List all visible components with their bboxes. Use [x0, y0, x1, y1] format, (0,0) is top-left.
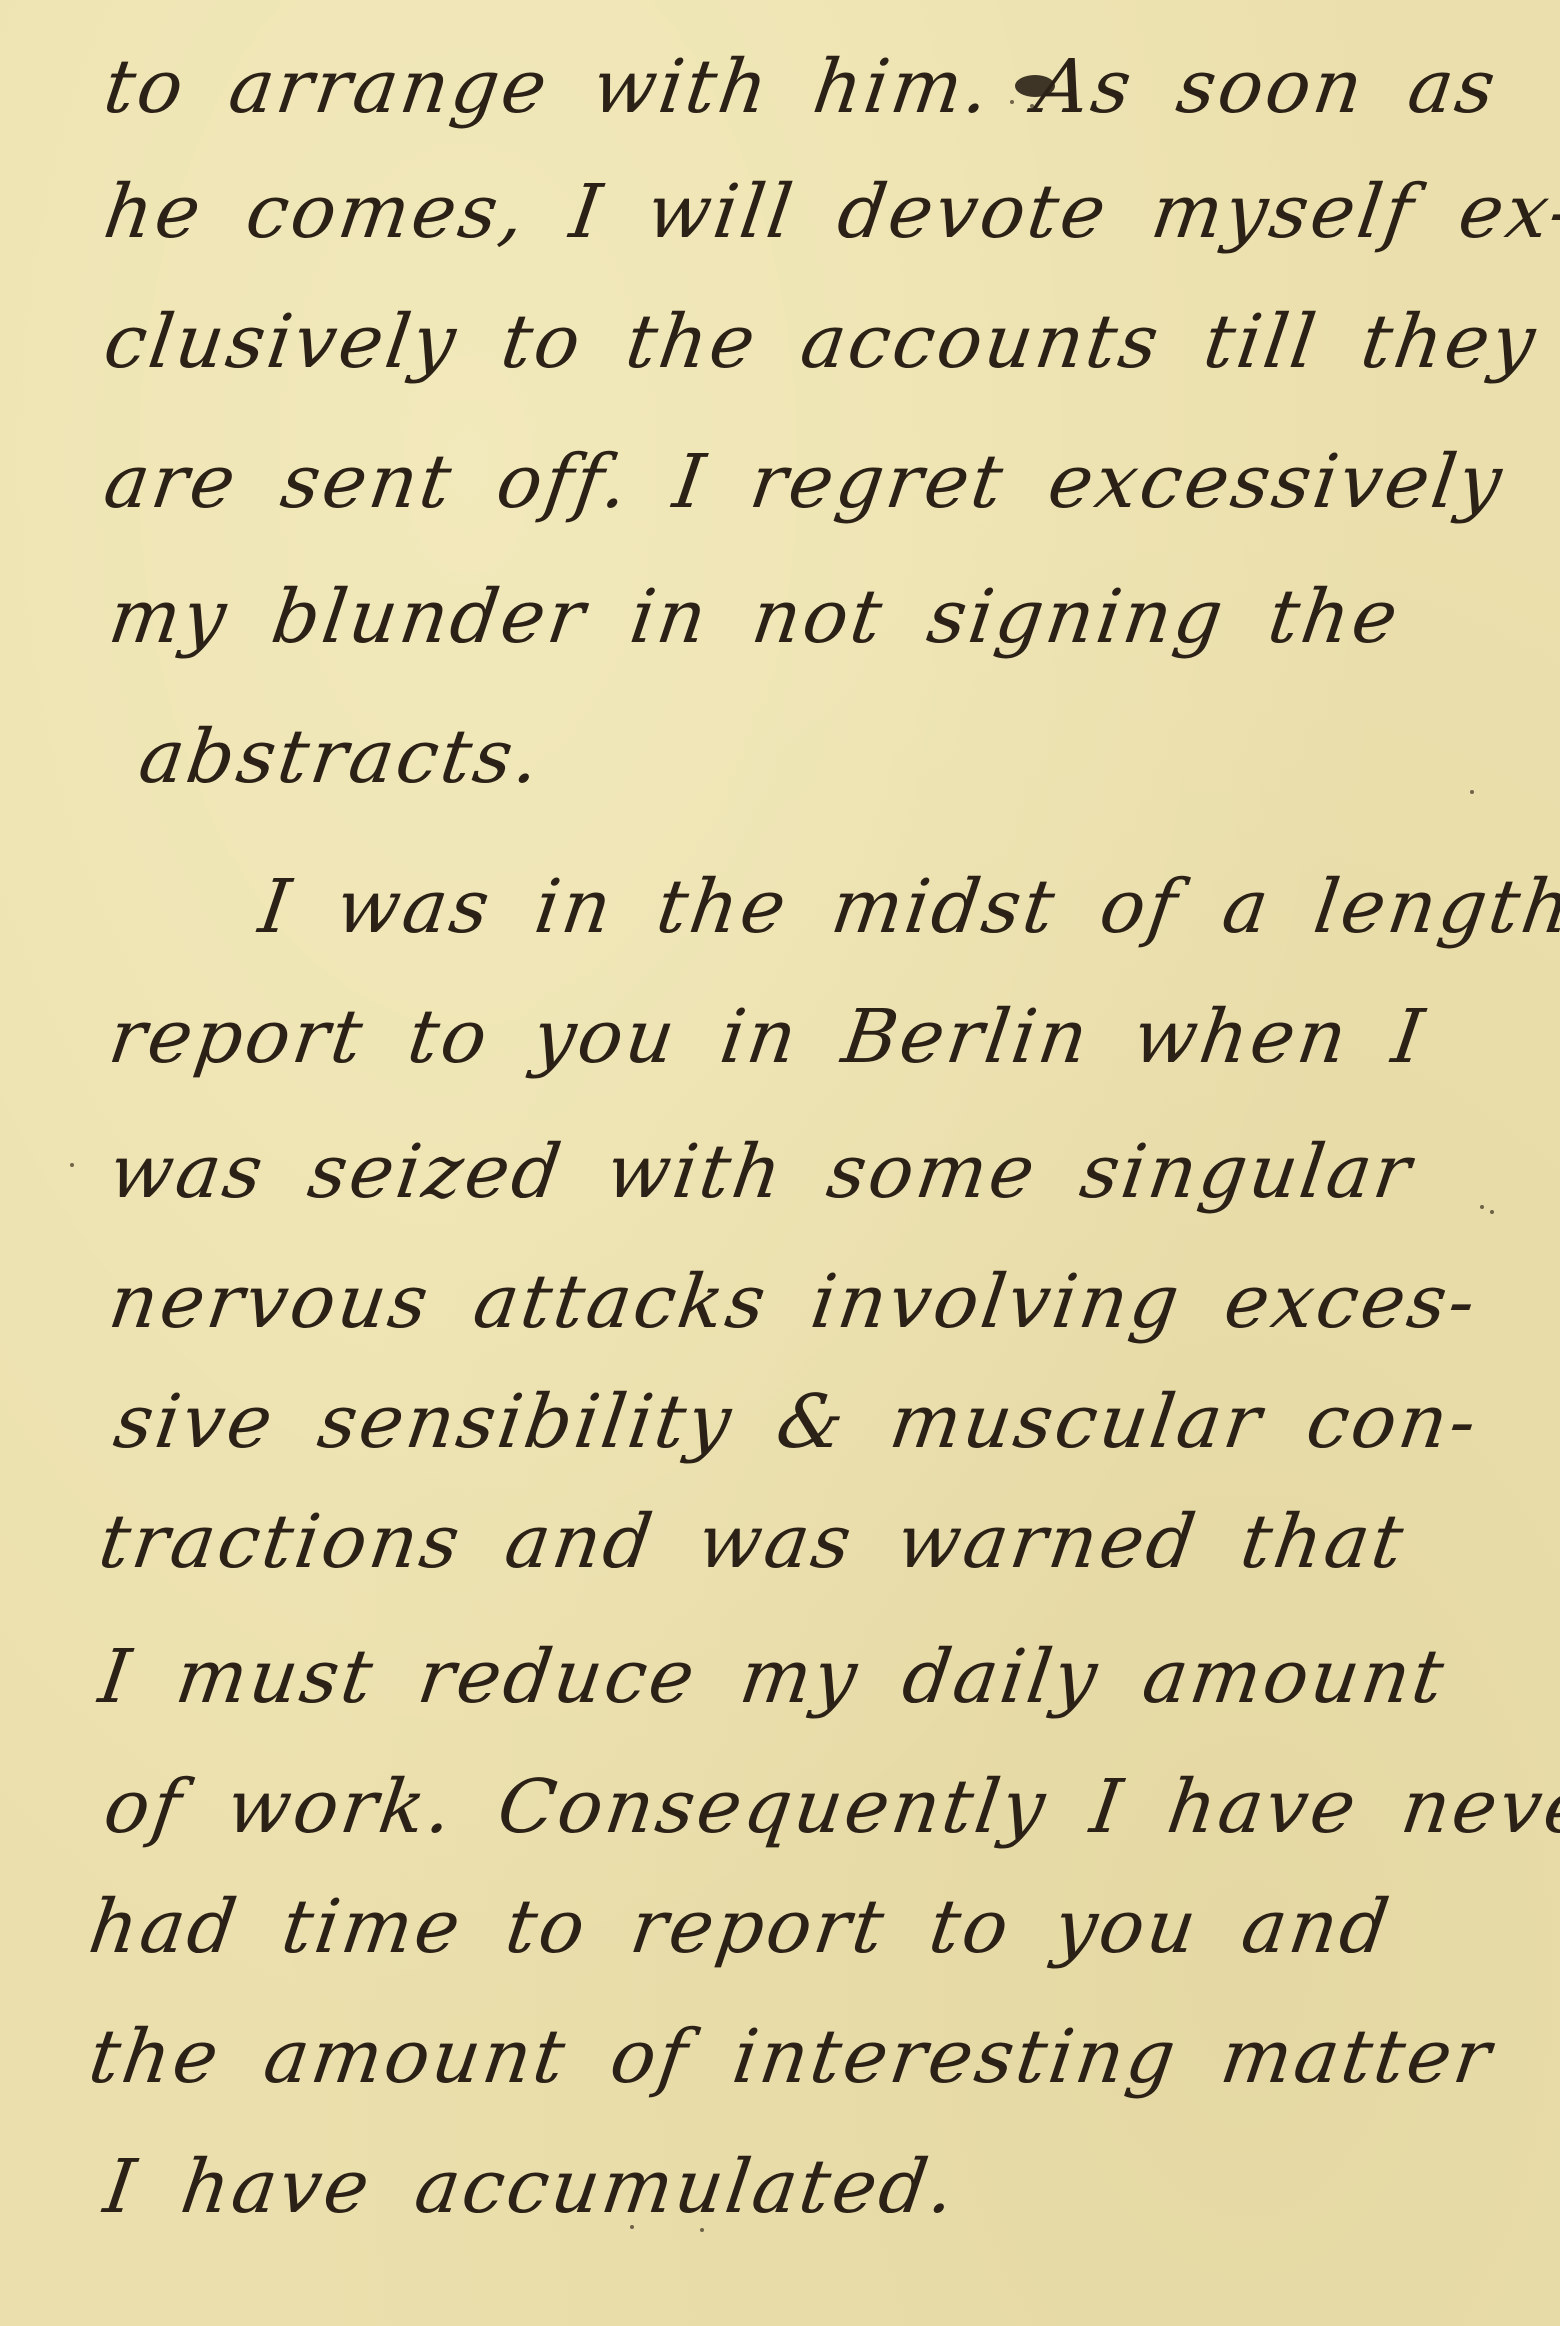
letter-line-1: to arrange with him. As soon as: [100, 50, 1502, 124]
letter-line-12: tractions and was warned that: [95, 1505, 1410, 1579]
ink-speck: [1010, 100, 1014, 104]
letter-line-2: he comes, I will devote myself ex-: [100, 175, 1560, 249]
letter-line-6: abstracts.: [135, 720, 547, 794]
letter-line-3: clusively to the accounts till they: [100, 305, 1542, 379]
letter-line-4: are sent off. I regret excessively: [100, 445, 1509, 519]
letter-line-11: sive sensibility & muscular con-: [110, 1385, 1483, 1459]
ink-speck: [700, 2228, 704, 2232]
ink-speck: [630, 2225, 634, 2229]
letter-line-10: nervous attacks involving exces-: [105, 1265, 1482, 1339]
letter-line-5: my blunder in not signing the: [105, 580, 1405, 654]
ink-speck: [1470, 790, 1474, 794]
letter-line-13: I must reduce my daily amount: [95, 1640, 1451, 1714]
letter-line-8: report to you in Berlin when I: [105, 1000, 1431, 1074]
ink-speck: [70, 1163, 74, 1167]
letter-line-17: I have accumulated.: [100, 2150, 962, 2224]
ink-blot: [1015, 75, 1055, 97]
ink-speck: [1030, 104, 1034, 108]
letter-line-7-paragraph-start: I was in the midst of a lengthy: [255, 870, 1560, 944]
letter-line-15: had time to report to you and: [85, 1890, 1396, 1964]
ink-speck: [1490, 1210, 1494, 1214]
paper-background: to arrange with him. As soon as he comes…: [0, 0, 1560, 2326]
letter-line-9: was seized with some singular: [105, 1135, 1418, 1209]
letter-line-14: of work. Consequently I have never: [100, 1770, 1560, 1844]
ink-speck: [1480, 1205, 1484, 1209]
letter-line-16: the amount of interesting matter: [85, 2020, 1498, 2094]
